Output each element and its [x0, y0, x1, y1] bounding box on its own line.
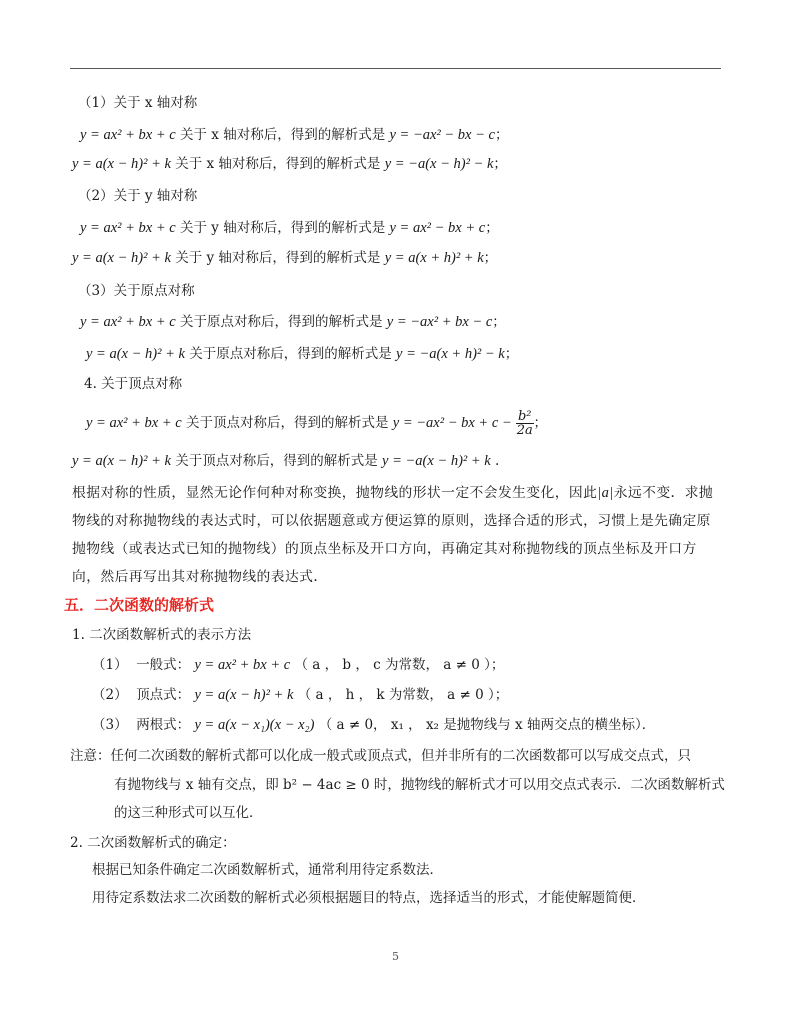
header-rule: [70, 68, 721, 69]
formula: y = a(x − h)² + k: [86, 346, 185, 362]
fraction-denominator: 2a: [516, 424, 534, 437]
note-line-3: 的这三种形式可以互化．: [114, 804, 263, 822]
text: 关于 y 轴对称后，得到的解析式是: [171, 250, 385, 266]
item-name: 顶点式：: [136, 687, 190, 703]
formula: y = ax² − bx + c: [390, 220, 486, 236]
text: 关于原点对称后，得到的解析式是: [185, 346, 396, 362]
text: ；: [534, 415, 548, 431]
origin-vertex: y = a(x − h)² + k 关于原点对称后，得到的解析式是 y = −a…: [86, 345, 518, 363]
origin-title: （3）关于原点对称: [78, 282, 195, 300]
formula: y = −ax² + bx − c: [387, 314, 492, 330]
text: 关于 y 轴对称后，得到的解析式是: [176, 220, 390, 236]
text: 关于原点对称后，得到的解析式是: [176, 314, 387, 330]
text: 任何二次函数的解析式都可以化成一般式或顶点式，但并非所有的二次函数都可以写成交点…: [111, 748, 692, 764]
form-item-general: （1） 一般式： y = ax² + bx + c （ a ， b ， c 为常…: [92, 656, 504, 674]
formula: y = a(x + h)² + k: [385, 250, 484, 266]
formula: y = −ax² − bx + c −: [393, 415, 512, 431]
item-num: （3）: [92, 717, 128, 733]
summary-paragraph: 根据对称的性质，显然无论作何种对称变换，抛物线的形状一定不会发生变化，因此|a|…: [72, 479, 722, 591]
formula: y = −ax² − bx − c: [389, 127, 494, 143]
vertex-vertex: y = a(x − h)² + k 关于顶点对称后，得到的解析式是 y = −a…: [72, 452, 499, 470]
text: 根据对称的性质，显然无论作何种对称变换，抛物线的形状一定不会发生变化，因此: [72, 485, 597, 501]
text: ；: [492, 314, 506, 330]
formula: y = a(x − h)² + k: [72, 250, 171, 266]
formula: y = a(x − h)² + k: [72, 156, 171, 172]
note-line-2: 有抛物线与 x 轴有交点，即 b² − 4ac ≥ 0 时，抛物线的解析式才可以…: [114, 776, 725, 794]
text: 关于顶点对称后，得到的解析式是: [171, 453, 382, 469]
item-num: （2）: [92, 687, 128, 703]
note-line-1: 注意：任何二次函数的解析式都可以化成一般式或顶点式，但并非所有的二次函数都可以写…: [70, 747, 691, 765]
formula: y = −a(x − h)² − k: [385, 156, 494, 172]
x-axis-vertex: y = a(x − h)² + k 关于 x 轴对称后，得到的解析式是 y = …: [72, 155, 507, 173]
formula: y = ax² + bx + c: [80, 127, 176, 143]
sub2-title: 2. 二次函数解析式的确定：: [70, 834, 236, 852]
section-heading: 五．二次函数的解析式: [64, 596, 214, 614]
text: ；: [495, 127, 509, 143]
formula: y = −a(x − h)² + k: [382, 453, 491, 469]
formula: y = ax² + bx + c: [86, 415, 182, 431]
item-name: 两根式：: [136, 717, 190, 733]
text: .: [491, 453, 500, 469]
item-note: （ a ≠ 0， x₁ ， x₂ 是抛物线与 x 轴两交点的横坐标）．: [319, 717, 655, 733]
origin-general: y = ax² + bx + c 关于原点对称后，得到的解析式是 y = −ax…: [80, 313, 506, 331]
vertex-general: y = ax² + bx + c 关于顶点对称后，得到的解析式是 y = −ax…: [86, 408, 547, 438]
formula: |a|: [597, 485, 613, 501]
y-axis-vertex: y = a(x − h)² + k 关于 y 轴对称后，得到的解析式是 y = …: [72, 249, 497, 267]
formula: y = a(x − h)² + k: [72, 453, 171, 469]
form-item-vertex: （2） 顶点式： y = a(x − h)² + k （ a ， h ， k 为…: [92, 686, 508, 704]
text: 关于 x 轴对称后，得到的解析式是: [176, 127, 390, 143]
page-number: 5: [392, 950, 399, 963]
formula: y = ax² + bx + c: [80, 314, 176, 330]
text: ；: [485, 220, 499, 236]
y-axis-title: （2）关于 y 轴对称: [78, 187, 197, 205]
vertex-title: 4. 关于顶点对称: [84, 375, 182, 393]
item-note: （ a ， b ， c 为常数， a ≠ 0 ）；: [294, 657, 504, 673]
formula: y = ax² + bx + c: [194, 657, 290, 673]
text: ；: [484, 250, 498, 266]
item-note: （ a ， h ， k 为常数， a ≠ 0 ）；: [298, 687, 509, 703]
item-name: 一般式：: [136, 657, 190, 673]
sub2-line-1: 根据已知条件确定二次函数解析式，通常利用待定系数法．: [92, 861, 443, 879]
fraction-numerator: b²: [516, 410, 534, 424]
sub1-title: 1. 二次函数解析式的表示方法: [72, 626, 251, 644]
item-num: （1）: [92, 657, 128, 673]
formula: y = a(x − x₁)(x − x₂): [194, 717, 314, 733]
x-axis-general: y = ax² + bx + c 关于 x 轴对称后，得到的解析式是 y = −…: [80, 126, 508, 144]
y-axis-general: y = ax² + bx + c 关于 y 轴对称后，得到的解析式是 y = a…: [80, 219, 499, 237]
x-axis-title: （1）关于 x 轴对称: [78, 94, 197, 112]
formula: y = a(x − h)² + k: [194, 687, 293, 703]
formula: y = ax² + bx + c: [80, 220, 176, 236]
fraction: b²2a: [516, 410, 534, 437]
formula: y = −a(x + h)² − k: [396, 346, 505, 362]
form-item-roots: （3） 两根式： y = a(x − x₁)(x − x₂) （ a ≠ 0， …: [92, 716, 655, 734]
text: 关于顶点对称后，得到的解析式是: [182, 415, 393, 431]
note-label: 注意：: [70, 748, 111, 764]
sub2-line-2: 用待定系数法求二次函数的解析式必须根据题目的特点，选择适当的形式，才能使解题简便…: [92, 889, 646, 907]
text: ；: [505, 346, 519, 362]
text: ；: [493, 156, 507, 172]
text: 关于 x 轴对称后，得到的解析式是: [171, 156, 385, 172]
